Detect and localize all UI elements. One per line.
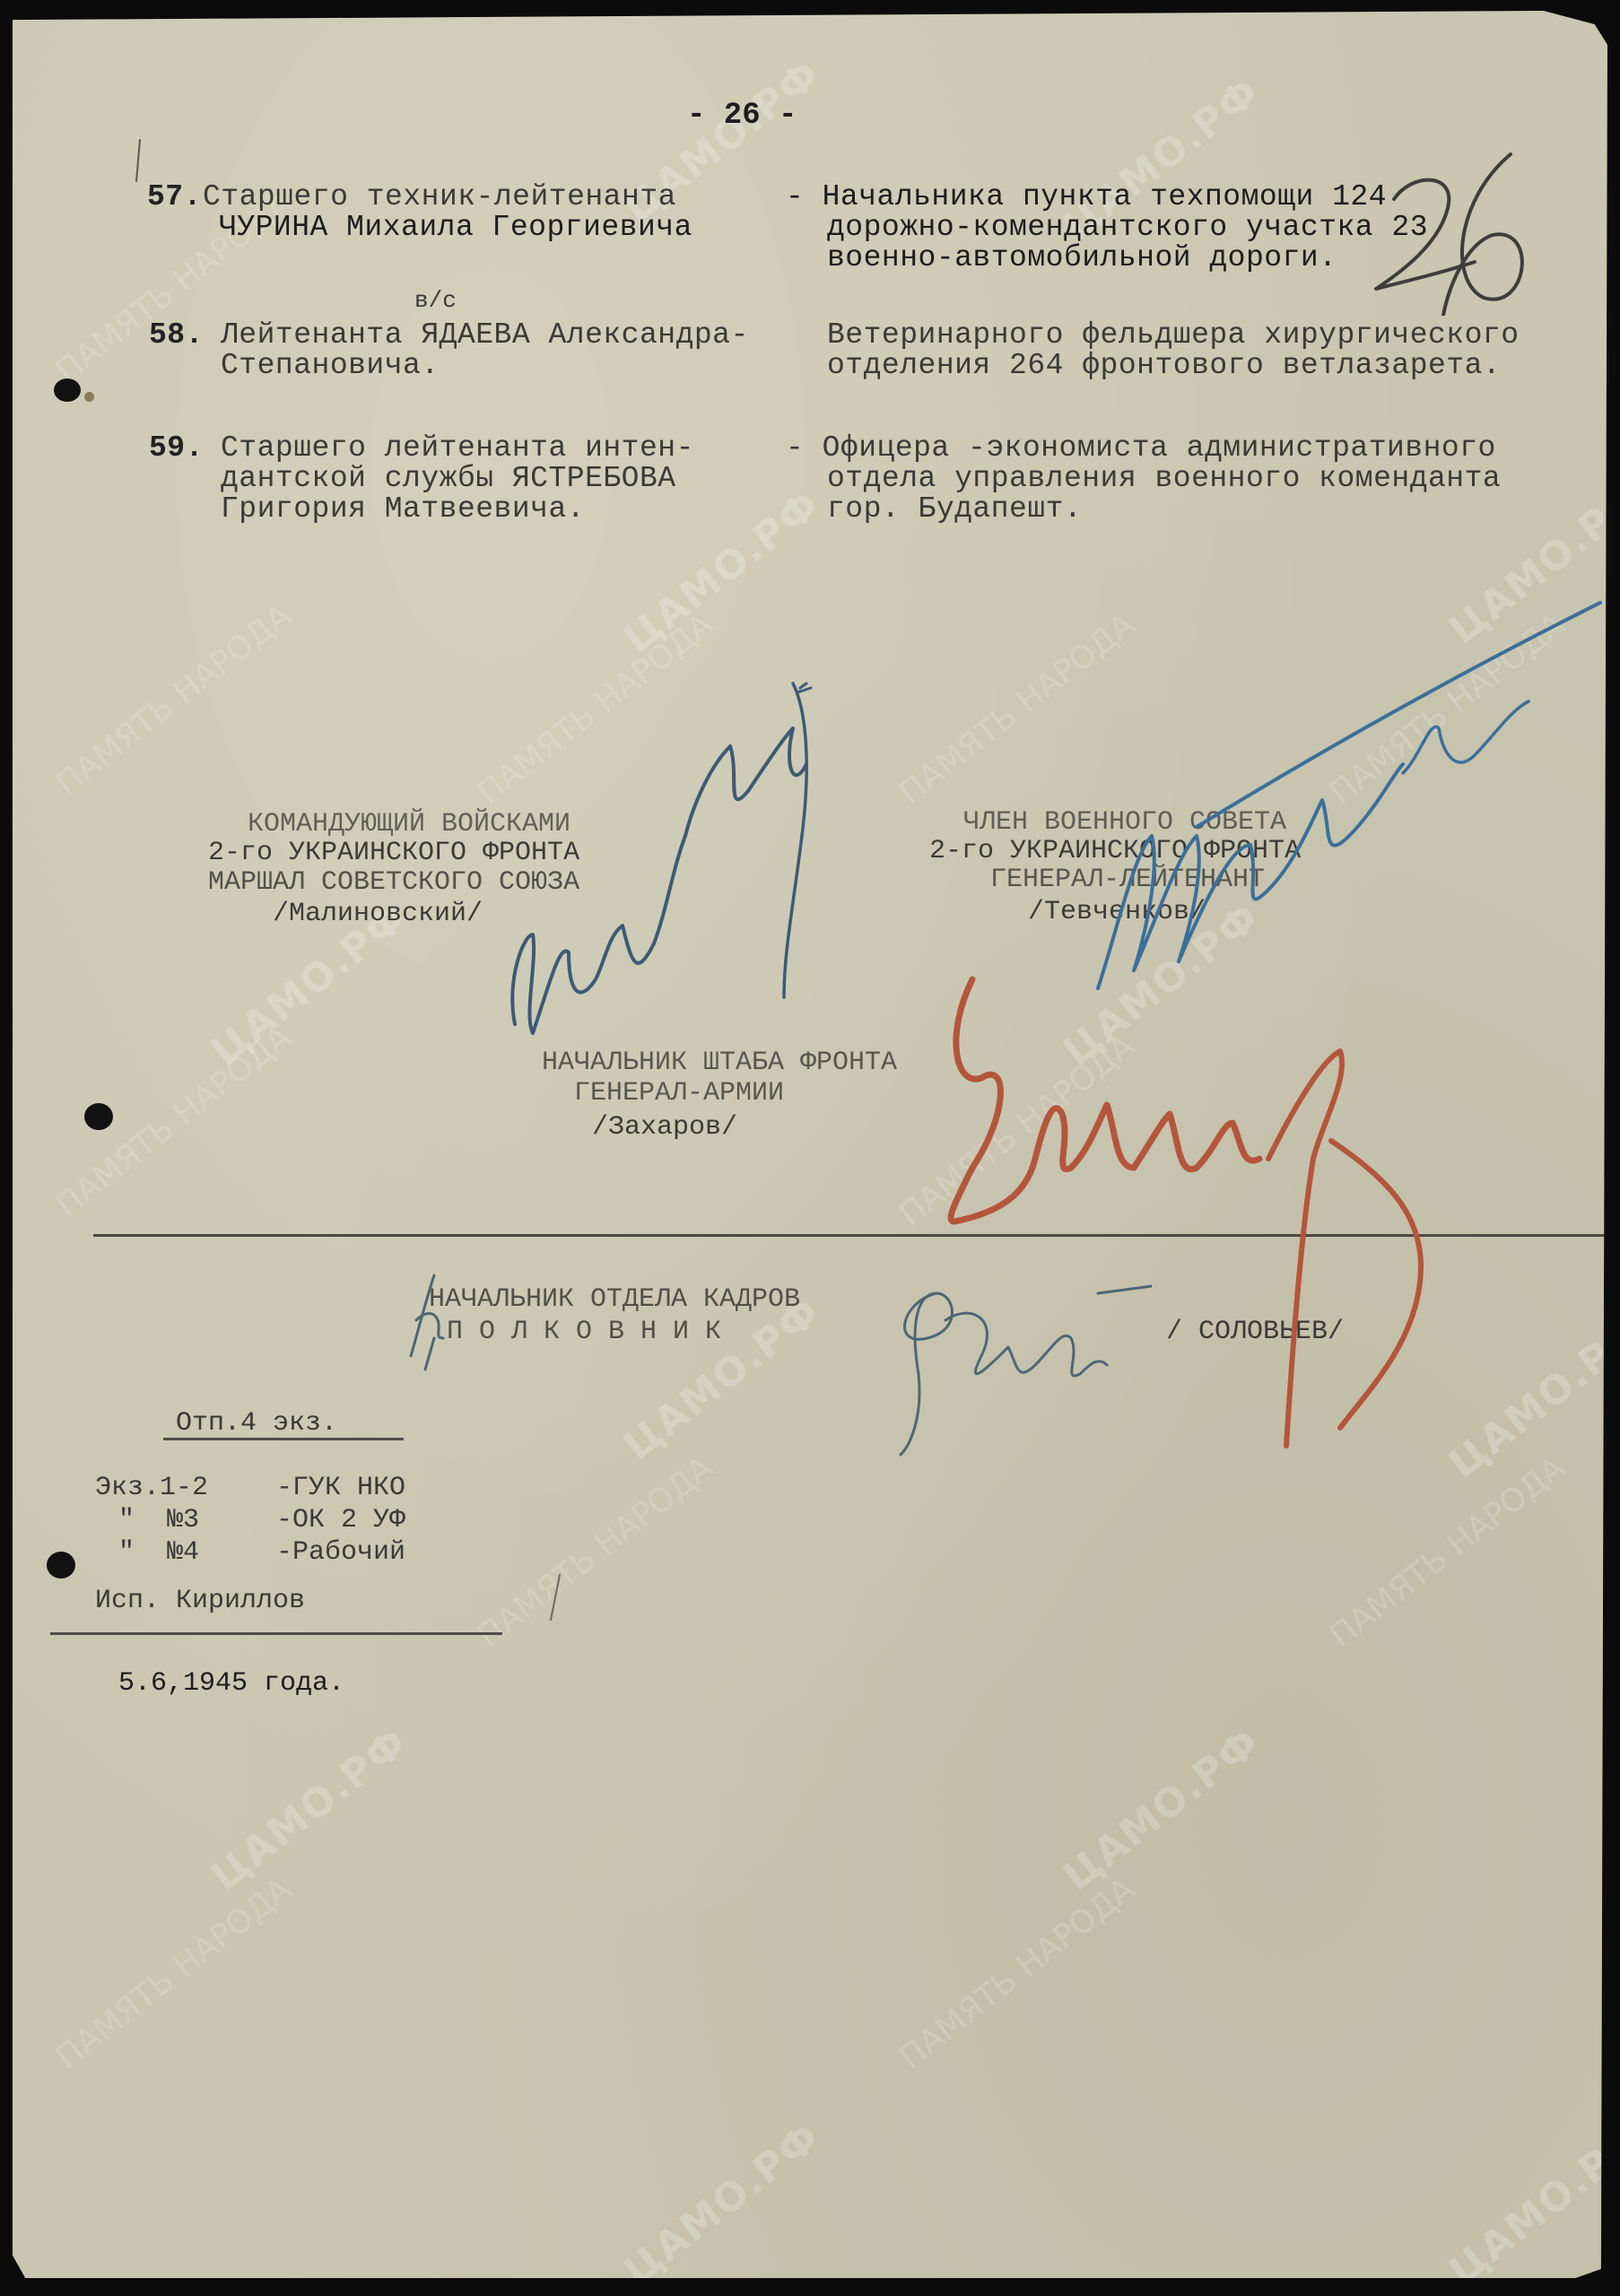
distribution-header: Отп.4 экз. (176, 1408, 337, 1439)
entry-position-line: - Начальника пункта техпомощи 124 (786, 181, 1387, 213)
watermark-archive: ЦАМО.РФ (1441, 473, 1620, 654)
entry-position-line: отделения 264 фронтового ветлазарета. (827, 350, 1501, 382)
council-member-name: /Тевченков/ (1028, 897, 1206, 927)
commander-name: /Малиновский/ (273, 899, 483, 929)
watermark-archive: ЦАМО.РФ (203, 1719, 416, 1900)
distribution-copy: " №3 (118, 1505, 199, 1535)
document-date: 5.6,1945 года. (118, 1668, 344, 1699)
watermark-project: ПАМЯТЬ НАРОДА (472, 607, 719, 811)
watermark-project: ПАМЯТЬ НАРОДА (893, 607, 1141, 811)
distribution-copy: Экз.1-2 (95, 1473, 208, 1503)
entry-rank-name-line: Старшего техник-лейтенанта (203, 181, 676, 213)
distribution-copy: " №4 (118, 1537, 199, 1568)
commander-rank: МАРШАЛ СОВЕТСКОГО СОЮЗА (208, 867, 579, 898)
watermark-project: ПАМЯТЬ НАРОДА (50, 1872, 298, 2075)
entry-position-line: - Офицера -экономиста административного (786, 432, 1496, 465)
watermark-project: ПАМЯТЬ НАРОДА (1324, 1450, 1572, 1654)
entry-number: 57. (147, 181, 202, 213)
personnel-head-name: / СОЛОВЬЕВ/ (1166, 1317, 1344, 1347)
entry-position-line: Ветеринарного фельдшера хирургического (827, 319, 1520, 352)
entry-rank-name-line: Григория Матвеевича. (221, 493, 585, 526)
binder-hole (54, 378, 81, 402)
watermark-archive: ЦАМО.РФ (1441, 1307, 1620, 1488)
chief-of-staff-rank: ГЕНЕРАЛ-АРМИИ (574, 1078, 784, 1109)
signature-personnel-head (883, 1266, 1152, 1473)
watermark-project: ПАМЯТЬ НАРОДА (1324, 607, 1572, 811)
watermark-archive: ЦАМО.РФ (615, 482, 829, 663)
council-member-title: ЧЛЕН ВОЕННОГО СОВЕТА (963, 807, 1286, 838)
entry-position-line: гор. Будапешт. (827, 493, 1082, 526)
entry-position-line: отдела управления военного коменданта (827, 463, 1501, 495)
page-number: - 26 - (687, 99, 797, 133)
council-member-rank: ГЕНЕРАЛ-ЛЕЙТЕНАНТ (990, 865, 1265, 895)
signature-council-member (1062, 594, 1618, 1006)
signature-chief-of-staff (919, 961, 1475, 1464)
pencil-mark (129, 136, 147, 190)
entry-position-line: дорожно-комендантского участка 23 (827, 212, 1428, 244)
entry-position-line: военно-автомобильной дороги. (827, 242, 1337, 274)
distribution-recipient: -ГУК НКО (276, 1473, 405, 1503)
watermark-project: ПАМЯТЬ НАРОДА (893, 1872, 1141, 2075)
executor-underline (50, 1632, 502, 1635)
commander-front: 2-го УКРАИНСКОГО ФРОНТА (208, 838, 579, 868)
watermark-project: ПАМЯТЬ НАРОДА (472, 1450, 719, 1654)
binder-hole (47, 1552, 75, 1578)
binder-hole (84, 1103, 113, 1130)
entry-rank-name-line: дантской службы ЯСТРЕБОВА (221, 463, 676, 495)
entry-number: 58. (149, 319, 204, 352)
ink-spot (84, 392, 94, 402)
watermark-archive: ЦАМО.РФ (1441, 2114, 1620, 2295)
entry-rank-name-line: Старшего лейтенанта интен- (221, 432, 694, 465)
watermark-archive: ЦАМО.РФ (615, 1289, 829, 1470)
entry-annotation: в/с (414, 285, 457, 316)
section-divider (93, 1234, 1609, 1237)
distribution-recipient: -Рабочий (276, 1537, 405, 1568)
watermark-project: ПАМЯТЬ НАРОДА (893, 1029, 1141, 1232)
personnel-head-title: НАЧАЛЬНИК ОТДЕЛА КАДРОВ (429, 1284, 800, 1315)
document-page: ЦАМО.РФ ЦАМО.РФ ЦАМО.РФ ЦАМО.РФ ЦАМО.РФ … (13, 11, 1607, 2278)
watermark-archive: ЦАМО.РФ (1055, 1719, 1268, 1900)
entry-rank-name-line: Степановича. (221, 350, 440, 382)
personnel-head-rank: П О Л К О В Н И К (447, 1317, 721, 1347)
council-member-front: 2-го УКРАИНСКОГО ФРОНТА (929, 836, 1301, 866)
entry-rank-name-line: ЧУРИНА Михаила Георгиевича (219, 212, 692, 244)
distribution-header-underline (163, 1438, 404, 1440)
commander-title: КОМАНДУЮЩИЙ ВОЙСКАМИ (248, 809, 570, 839)
watermark-project: ПАМЯТЬ НАРОДА (50, 598, 298, 802)
watermark-archive: ЦАМО.РФ (615, 2114, 829, 2295)
executor: Исп. Кириллов (95, 1586, 305, 1616)
chief-of-staff-name: /Захаров/ (592, 1112, 737, 1143)
entry-number: 59. (149, 432, 204, 465)
chief-of-staff-title: НАЧАЛЬНИК ШТАБА ФРОНТА (542, 1048, 897, 1078)
entry-rank-name-line: Лейтенанта ЯДАЕВА Александра- (221, 319, 749, 352)
pencil-mark (542, 1571, 569, 1625)
distribution-recipient: -ОК 2 УФ (276, 1505, 405, 1535)
